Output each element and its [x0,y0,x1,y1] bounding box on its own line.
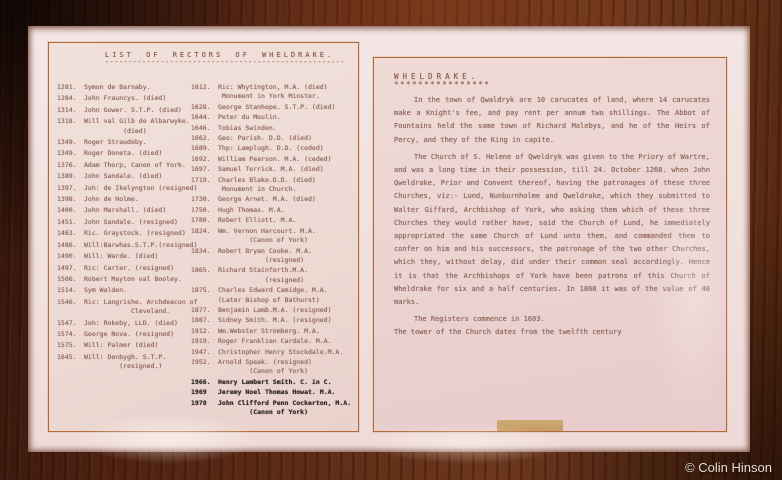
rector-year: 1314. [57,106,84,115]
rector-name: Will val Gilb de Albarwyke. (died) [84,117,190,136]
rector-entry: 1397. Joh: de Ikelyngton (resigned) [57,184,188,193]
rectors-columns: 1281. Symon de Barnaby. 1284. John Fraun… [57,83,356,418]
rector-entry: 1400. John Marshall. (died) [57,206,188,215]
rector-name: Roger Franklien Cardale. M.A. [218,337,332,346]
rector-name: Hugh Thomas. M.A. [218,206,285,215]
rector-name: Roger Straudeby. [84,138,147,147]
rector-year: 1281. [57,83,84,92]
rector-name: Samuel Terrick. M.A. (died) [218,165,324,174]
rector-entry: 1644. Peter du Moulin. [191,113,356,122]
history-paragraph: The Church of S. Helene of Qweldryk was … [394,151,710,309]
rector-name: Wm.Webster Stromberg. M.A. [218,327,320,336]
rector-entry: 1463. Ric. Graystock. (resigned) [57,229,188,238]
rector-year: 1730. [191,195,218,204]
rector-year: 1947. [191,348,218,357]
rector-entry: 1719. Charles Blake.D.D. (died) Monument… [191,176,356,195]
rector-year: 1349. [57,138,84,147]
history-paragraph: In the town of Qwaldryk are 10 carucates… [394,94,710,147]
rector-name: Will: Warde. (died) [84,252,158,261]
rector-name: George Nova. (resigned) [84,330,174,339]
rector-name: John Sandale. (died) [84,172,162,181]
mat-board: LIST OF RECTORS OF WHELDRAKE. ----------… [28,26,750,452]
rector-entry: 1349. Roger Doneta. (died) [57,149,188,158]
rector-entry: 1646. Tobias Swinden. [191,124,356,133]
history-title-underline: **************** [394,81,710,88]
registers-note: The Registers commence in 1603. [394,313,710,326]
rector-year: 1575. [57,341,84,350]
rector-name: Tobias Swinden. [218,124,277,133]
rector-entry: 1952. Arnold Speak. (resigned) (Canon of… [191,358,356,377]
rector-name: Ric. Graystock. (resigned) [84,229,186,238]
rector-entry: 1284. John Frauncys. (died) [57,94,188,103]
rector-name: Will:Barwhas.S.T.P.(resigned) [84,241,198,250]
rector-year: 1547. [57,319,84,328]
rector-entry: 1514. Sym Walden. [57,286,188,295]
rector-year: 1398. [57,195,84,204]
rector-year: 1318. [57,117,84,136]
rector-name: Ric: Whytington, M.A. (died) Monument in… [218,83,328,102]
rector-entry: 1750. Hugh Thomas. M.A. [191,206,356,215]
rector-entry: 1875. Charles Edward Camidge. M.A. (Late… [191,286,356,305]
rector-entry: 1314. John Gower. S.T.P. (died) [57,106,188,115]
rector-year: 1919. [191,337,218,346]
rector-name: Ric: Langrishe. Archdeacon of Cleveland. [84,298,198,317]
rector-year: 1692. [191,155,218,164]
rector-name: Charles Blake.D.D. (died) Monument in Ch… [218,176,316,195]
history-paragraphs: In the town of Qwaldryk are 10 carucates… [394,94,710,309]
rector-entry: 1966. Henry Lambert Smith. C. in C. [191,378,356,387]
rector-year: 1865. [191,266,218,285]
rector-name: Henry Lambert Smith. C. in C. [218,378,332,387]
rector-year: 1514. [57,286,84,295]
rector-entry: 1486. Will:Barwhas.S.T.P.(resigned) [57,241,188,250]
rector-entry: 1451. John Sandale. (resigned) [57,218,188,227]
rector-entry: 1865. Richard Stainforth.M.A. (resigned) [191,266,356,285]
rector-year: 1689. [191,144,218,153]
rector-year: 1877. [191,306,218,315]
rector-entry: 1697. Samuel Terrick. M.A. (died) [191,165,356,174]
rector-year: 1750. [191,206,218,215]
rector-year: 1966. [191,378,218,387]
rector-year: 1697. [191,165,218,174]
rector-name: Robert Bryan Cooke. M.A. (resigned) [218,247,312,266]
rector-year: 1389. [57,172,84,181]
rector-entry: 1376. Adam Thorp, Canon of York. [57,161,188,170]
rector-entry: 1824. Wm. Vernon Harcourt. M.A. (Canon o… [191,227,356,246]
rector-entry: 1912. Wm.Webster Stromberg. M.A. [191,327,356,336]
rector-name: Robert Mayton val Booley. [84,275,182,284]
rector-year: 1644. [191,113,218,122]
rector-name: Sym Walden. [84,286,127,295]
rector-entry: 1574. George Nova. (resigned) [57,330,188,339]
rector-entry: 1645. Will: Denbygh. S.T.P. (resigned.) [57,353,188,372]
rector-name: Richard Stainforth.M.A. (resigned) [218,266,308,285]
rector-year: 1490. [57,252,84,261]
rector-entry: 1547. Joh: Rokeby, LLD. (died) [57,319,188,328]
rector-year: 1574. [57,330,84,339]
rector-entry: 1546. Ric: Langrishe. Archdeacon of Clev… [57,298,188,317]
rector-entry: 1780. Robert Elliott. M.A. [191,216,356,225]
rector-name: John Gower. S.T.P. (died) [84,106,182,115]
rector-name: Symon de Barnaby. [84,83,151,92]
rector-name: Roger Doneta. (died) [84,149,162,158]
rector-year: 1397. [57,184,84,193]
rector-name: Geo: Parish. D.D. (died) [218,134,312,143]
rector-name: Christopher Henry Stockdale.M.A. [218,348,343,357]
rector-entry: 1834. Robert Bryan Cooke. M.A. (resigned… [191,247,356,266]
rector-entry: 1947. Christopher Henry Stockdale.M.A. [191,348,356,357]
rector-entry: 1506. Robert Mayton val Booley. [57,275,188,284]
rector-year: 1349. [57,149,84,158]
rector-entry: 1281. Symon de Barnaby. [57,83,188,92]
rector-entry: 1490. Will: Warde. (died) [57,252,188,261]
rector-name: Benjamin Lamb.M.A. (resigned) [218,306,332,315]
rector-name: Thp: Lamplugh. D.D. (ceded) [218,144,324,153]
rector-year: 1662. [191,134,218,143]
rector-name: Sidney Smith. M.A. (resigned) [218,316,332,325]
rector-name: Arnold Speak. (resigned) (Canon of York) [218,358,312,377]
rector-year: 1912. [191,327,218,336]
rector-name: Will: Palmer (died) [84,341,158,350]
rector-year: 1875. [191,286,218,305]
rector-name: Wm. Vernon Harcourt. M.A. (Canon of York… [218,227,316,246]
rector-name: Jeremy Noel Thomas Howat. M.A. [218,388,335,397]
rector-entry: 1887. Sidney Smith. M.A. (resigned) [191,316,356,325]
rector-entry: 1389. John Sandale. (died) [57,172,188,181]
rector-year: 1646. [191,124,218,133]
rector-year: 1376. [57,161,84,170]
rector-entry: 1349. Roger Straudeby. [57,138,188,147]
rector-year: 1824. [191,227,218,246]
rectors-list-title-underline: ----------------------------------------… [105,59,358,65]
rector-name: John de Holme. [84,195,139,204]
rector-year: 1628. [191,103,218,112]
rector-entry: 1978 John Clifford Penn Cockerton, M.A. … [191,399,356,418]
rector-name: John Sandale. (resigned) [84,218,178,227]
rector-year: 1546. [57,298,84,317]
rector-year: 1463. [57,229,84,238]
rector-year: 1612. [191,83,218,102]
rector-name: John Frauncys. (died) [84,94,166,103]
tape-fragment [497,420,563,431]
history-page: WHELDRAKE. **************** In the town … [373,57,727,432]
rector-entry: 1730. George Arnet. M.A. (died) [191,195,356,204]
rector-name: Robert Elliott. M.A. [218,216,296,225]
rector-year: 1506. [57,275,84,284]
rector-year: 1887. [191,316,218,325]
rector-name: John Marshall. (died) [84,206,166,215]
rector-name: Joh: de Ikelyngton (resigned) [84,184,198,193]
rector-entry: 1318. Will val Gilb de Albarwyke. (died) [57,117,188,136]
rectors-column-early: 1281. Symon de Barnaby. 1284. John Fraun… [57,83,188,418]
rector-entry: 1969 Jeremy Noel Thomas Howat. M.A. [191,388,356,397]
rector-year: 1645. [57,353,84,372]
rector-year: 1978 [191,399,218,418]
rector-year: 1284. [57,94,84,103]
rector-year: 1780. [191,216,218,225]
rector-year: 1486. [57,241,84,250]
rector-entry: 1612. Ric: Whytington, M.A. (died) Monum… [191,83,356,102]
rector-name: George Stanhope. S.T.P. (died) [218,103,335,112]
tower-note: The tower of the Church dates from the t… [394,326,710,339]
rector-year: 1952. [191,358,218,377]
rectors-list-page: LIST OF RECTORS OF WHELDRAKE. ----------… [48,42,359,432]
photo-credit: © Colin Hinson [685,460,772,475]
rector-name: George Arnet. M.A. (died) [218,195,316,204]
rector-name: John Clifford Penn Cockerton, M.A. (Cano… [218,399,351,418]
rector-name: William Pearson. M.A. (ceded) [218,155,332,164]
rector-entry: 1662. Geo: Parish. D.D. (died) [191,134,356,143]
rector-name: Joh: Rokeby, LLD. (died) [84,319,178,328]
rector-entry: 1692. William Pearson. M.A. (ceded) [191,155,356,164]
rector-name: Adam Thorp, Canon of York. [84,161,186,170]
rector-entry: 1877. Benjamin Lamb.M.A. (resigned) [191,306,356,315]
rectors-column-late: 1612. Ric: Whytington, M.A. (died) Monum… [191,83,356,418]
rector-name: Charles Edward Camidge. M.A. (Later Bish… [218,286,328,305]
rector-name: Peter du Moulin. [218,113,281,122]
rector-entry: 1497. Ric: Carter. (resigned) [57,264,188,273]
rector-entry: 1628. George Stanhope. S.T.P. (died) [191,103,356,112]
rector-entry: 1919. Roger Franklien Cardale. M.A. [191,337,356,346]
rector-entry: 1689. Thp: Lamplugh. D.D. (ceded) [191,144,356,153]
rector-year: 1400. [57,206,84,215]
rector-year: 1834. [191,247,218,266]
rector-year: 1969 [191,388,218,397]
rector-name: Will: Denbygh. S.T.P. (resigned.) [84,353,166,372]
framed-document-photo: LIST OF RECTORS OF WHELDRAKE. ----------… [0,0,782,480]
rector-year: 1719. [191,176,218,195]
rector-year: 1451. [57,218,84,227]
rector-year: 1497. [57,264,84,273]
rector-name: Ric: Carter. (resigned) [84,264,174,273]
rector-entry: 1398. John de Holme. [57,195,188,204]
rector-entry: 1575. Will: Palmer (died) [57,341,188,350]
